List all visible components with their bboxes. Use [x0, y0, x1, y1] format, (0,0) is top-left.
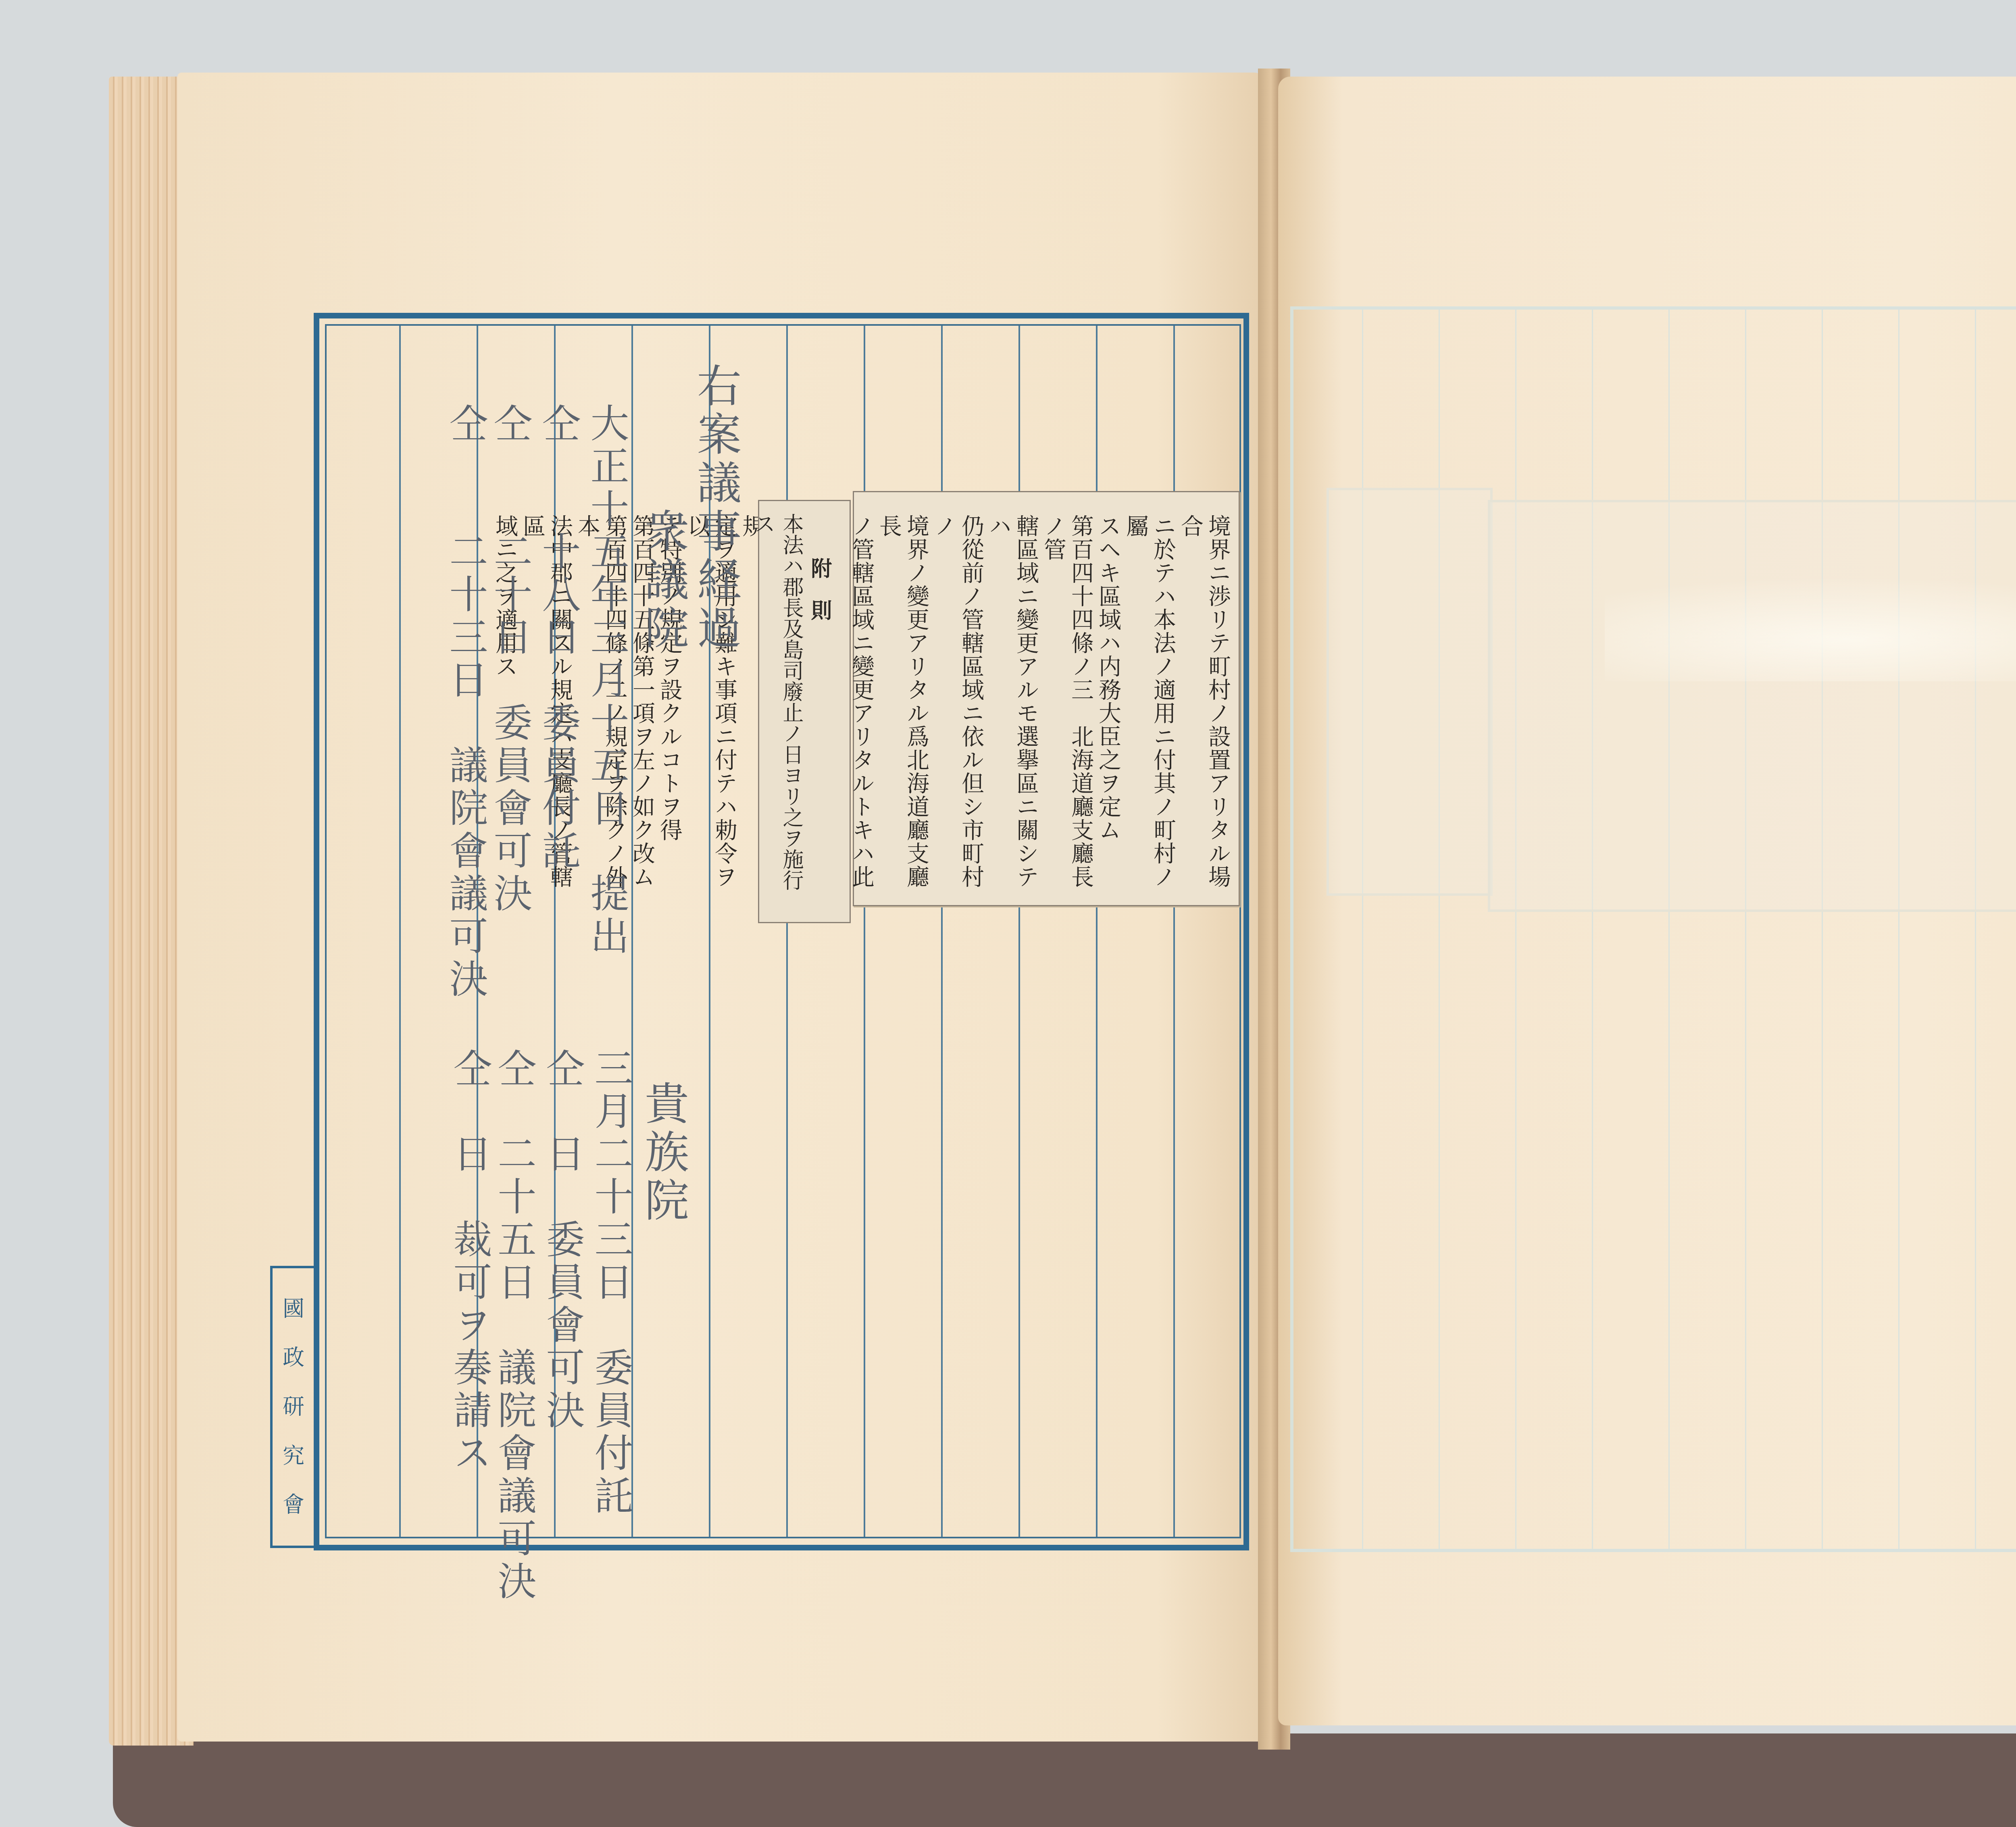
footer-char: 國	[283, 1298, 304, 1320]
faint-column-rule	[1745, 310, 1746, 1549]
faint-column-rule	[1668, 310, 1670, 1549]
book-shadow	[113, 1733, 2016, 1827]
handwritten-entry: 仝 十八日 委員付託	[536, 403, 581, 873]
faint-column-rule	[1822, 310, 1823, 1549]
faint-column-rule	[1975, 310, 1976, 1549]
footer-char: 研	[283, 1396, 304, 1418]
handwritten-entry: 大正十五年三月十五日 提出	[585, 403, 629, 959]
paper-wrinkle	[1605, 576, 2016, 681]
faint-column-rule	[1592, 310, 1593, 1549]
handwritten-entry: 仝 日 委員會可決	[540, 1048, 585, 1433]
footer-char: 政	[283, 1347, 304, 1369]
handwritten-house-label: 貴族院	[641, 1080, 685, 1226]
handwritten-entry: 仝 二十五日 議院會議可決	[492, 1048, 536, 1604]
text-column: 仍從前ノ管轄區域ニ依ル但シ市町村ノ	[930, 514, 985, 889]
clipping-text-block: 附 則 本法ハ郡長及島司廢止ノ日ヨリ之ヲ施行 ス	[749, 513, 833, 908]
pasted-clipping-supplementary-provision: 附 則 本法ハ郡長及島司廢止ノ日ヨリ之ヲ施行 ス	[758, 500, 851, 923]
publisher-footer-label: 國 政 研 究 會	[270, 1266, 314, 1548]
bleed-through-clipping-small	[1327, 488, 1493, 896]
text-column: 境界ニ渉リテ町村ノ設置アリタル場合	[1177, 514, 1231, 889]
handwritten-entry: 仝 二十三日 議院會議可決	[444, 403, 488, 1001]
faint-column-rule	[1515, 310, 1516, 1549]
faint-column-rule	[1898, 310, 1899, 1549]
handwritten-entry: 三月二十三日 委員付託	[589, 1048, 633, 1518]
column-rule	[399, 326, 401, 1537]
footer-char: 究	[283, 1445, 304, 1467]
text-column: 第百四十四條ノ三 北海道廳支廳長ノ管	[1039, 514, 1094, 889]
text-column: ス	[749, 513, 777, 908]
text-column: 本法ハ郡長及島司廢止ノ日ヨリ之ヲ施行	[777, 513, 805, 908]
pasted-clipping-statute-text: 境界ニ渉リテ町村ノ設置アリタル場合 ニ於テハ本法ノ適用ニ付其ノ町村ノ屬 スヘキ區…	[853, 491, 1240, 906]
handwritten-entry: 仝 日 裁可ヲ奏請ス	[448, 1048, 492, 1475]
text-column: スヘキ區域ハ内務大臣之ヲ定ム	[1094, 514, 1122, 889]
handwritten-title: 右案議事経過	[694, 363, 738, 653]
handwritten-entry: 仝 二十日 委員會可決	[488, 403, 532, 916]
text-column: 轄區域ニ變更アルモ選擧區ニ關シテハ	[985, 514, 1039, 889]
text-column: 境界ノ變更アリタル爲北海道廳支廳長	[875, 514, 930, 889]
text-column: ニ於テハ本法ノ適用ニ付其ノ町村ノ屬	[1122, 514, 1177, 889]
footer-char: 會	[283, 1494, 304, 1516]
supplementary-heading: 附 則	[805, 513, 833, 908]
bleed-through-clipping-main	[1488, 500, 2016, 912]
handwritten-house-label: 衆議院	[641, 508, 685, 653]
